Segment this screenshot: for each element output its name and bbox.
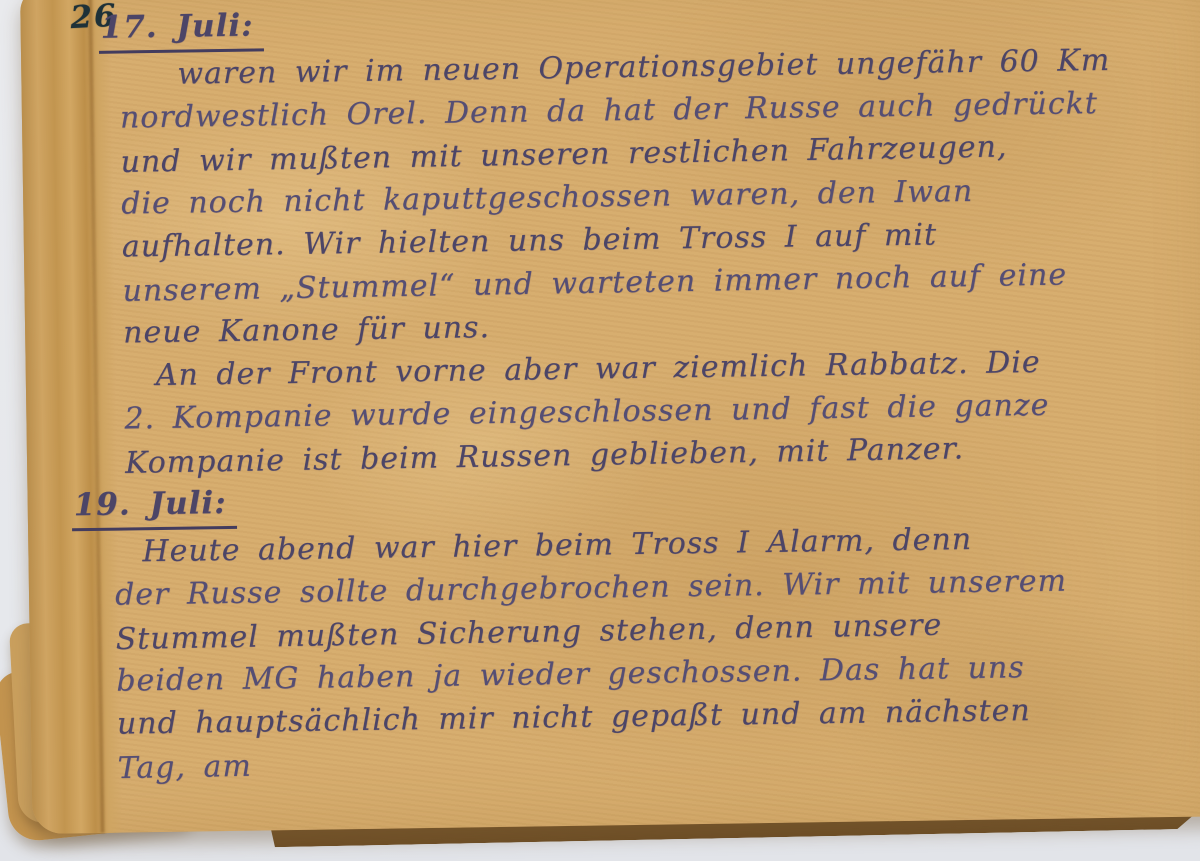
diary-entries: 17. Juli:waren wir im neuen Operationsge… — [62, 0, 1200, 789]
diary-paragraph: waren wir im neuen Operationsgebiet unge… — [119, 38, 1200, 355]
diary-entry: 19. Juli:Heute abend war hier beim Tross… — [69, 467, 1200, 789]
diary-page: 26 17. Juli:waren wir im neuen Operation… — [20, 0, 1200, 834]
diary-paragraph: Heute abend war hier beim Tross I Alarm,… — [114, 514, 1200, 788]
diary-entry: 17. Juli:waren wir im neuen Operationsge… — [62, 0, 1200, 484]
entry-date-heading: 17. Juli: — [98, 4, 264, 53]
diary-photo: 26 17. Juli:waren wir im neuen Operation… — [0, 0, 1200, 861]
diary-paragraph: An der Front vorne aber war ziemlich Rab… — [123, 338, 1200, 483]
entry-date-heading: 19. Juli: — [71, 482, 237, 531]
